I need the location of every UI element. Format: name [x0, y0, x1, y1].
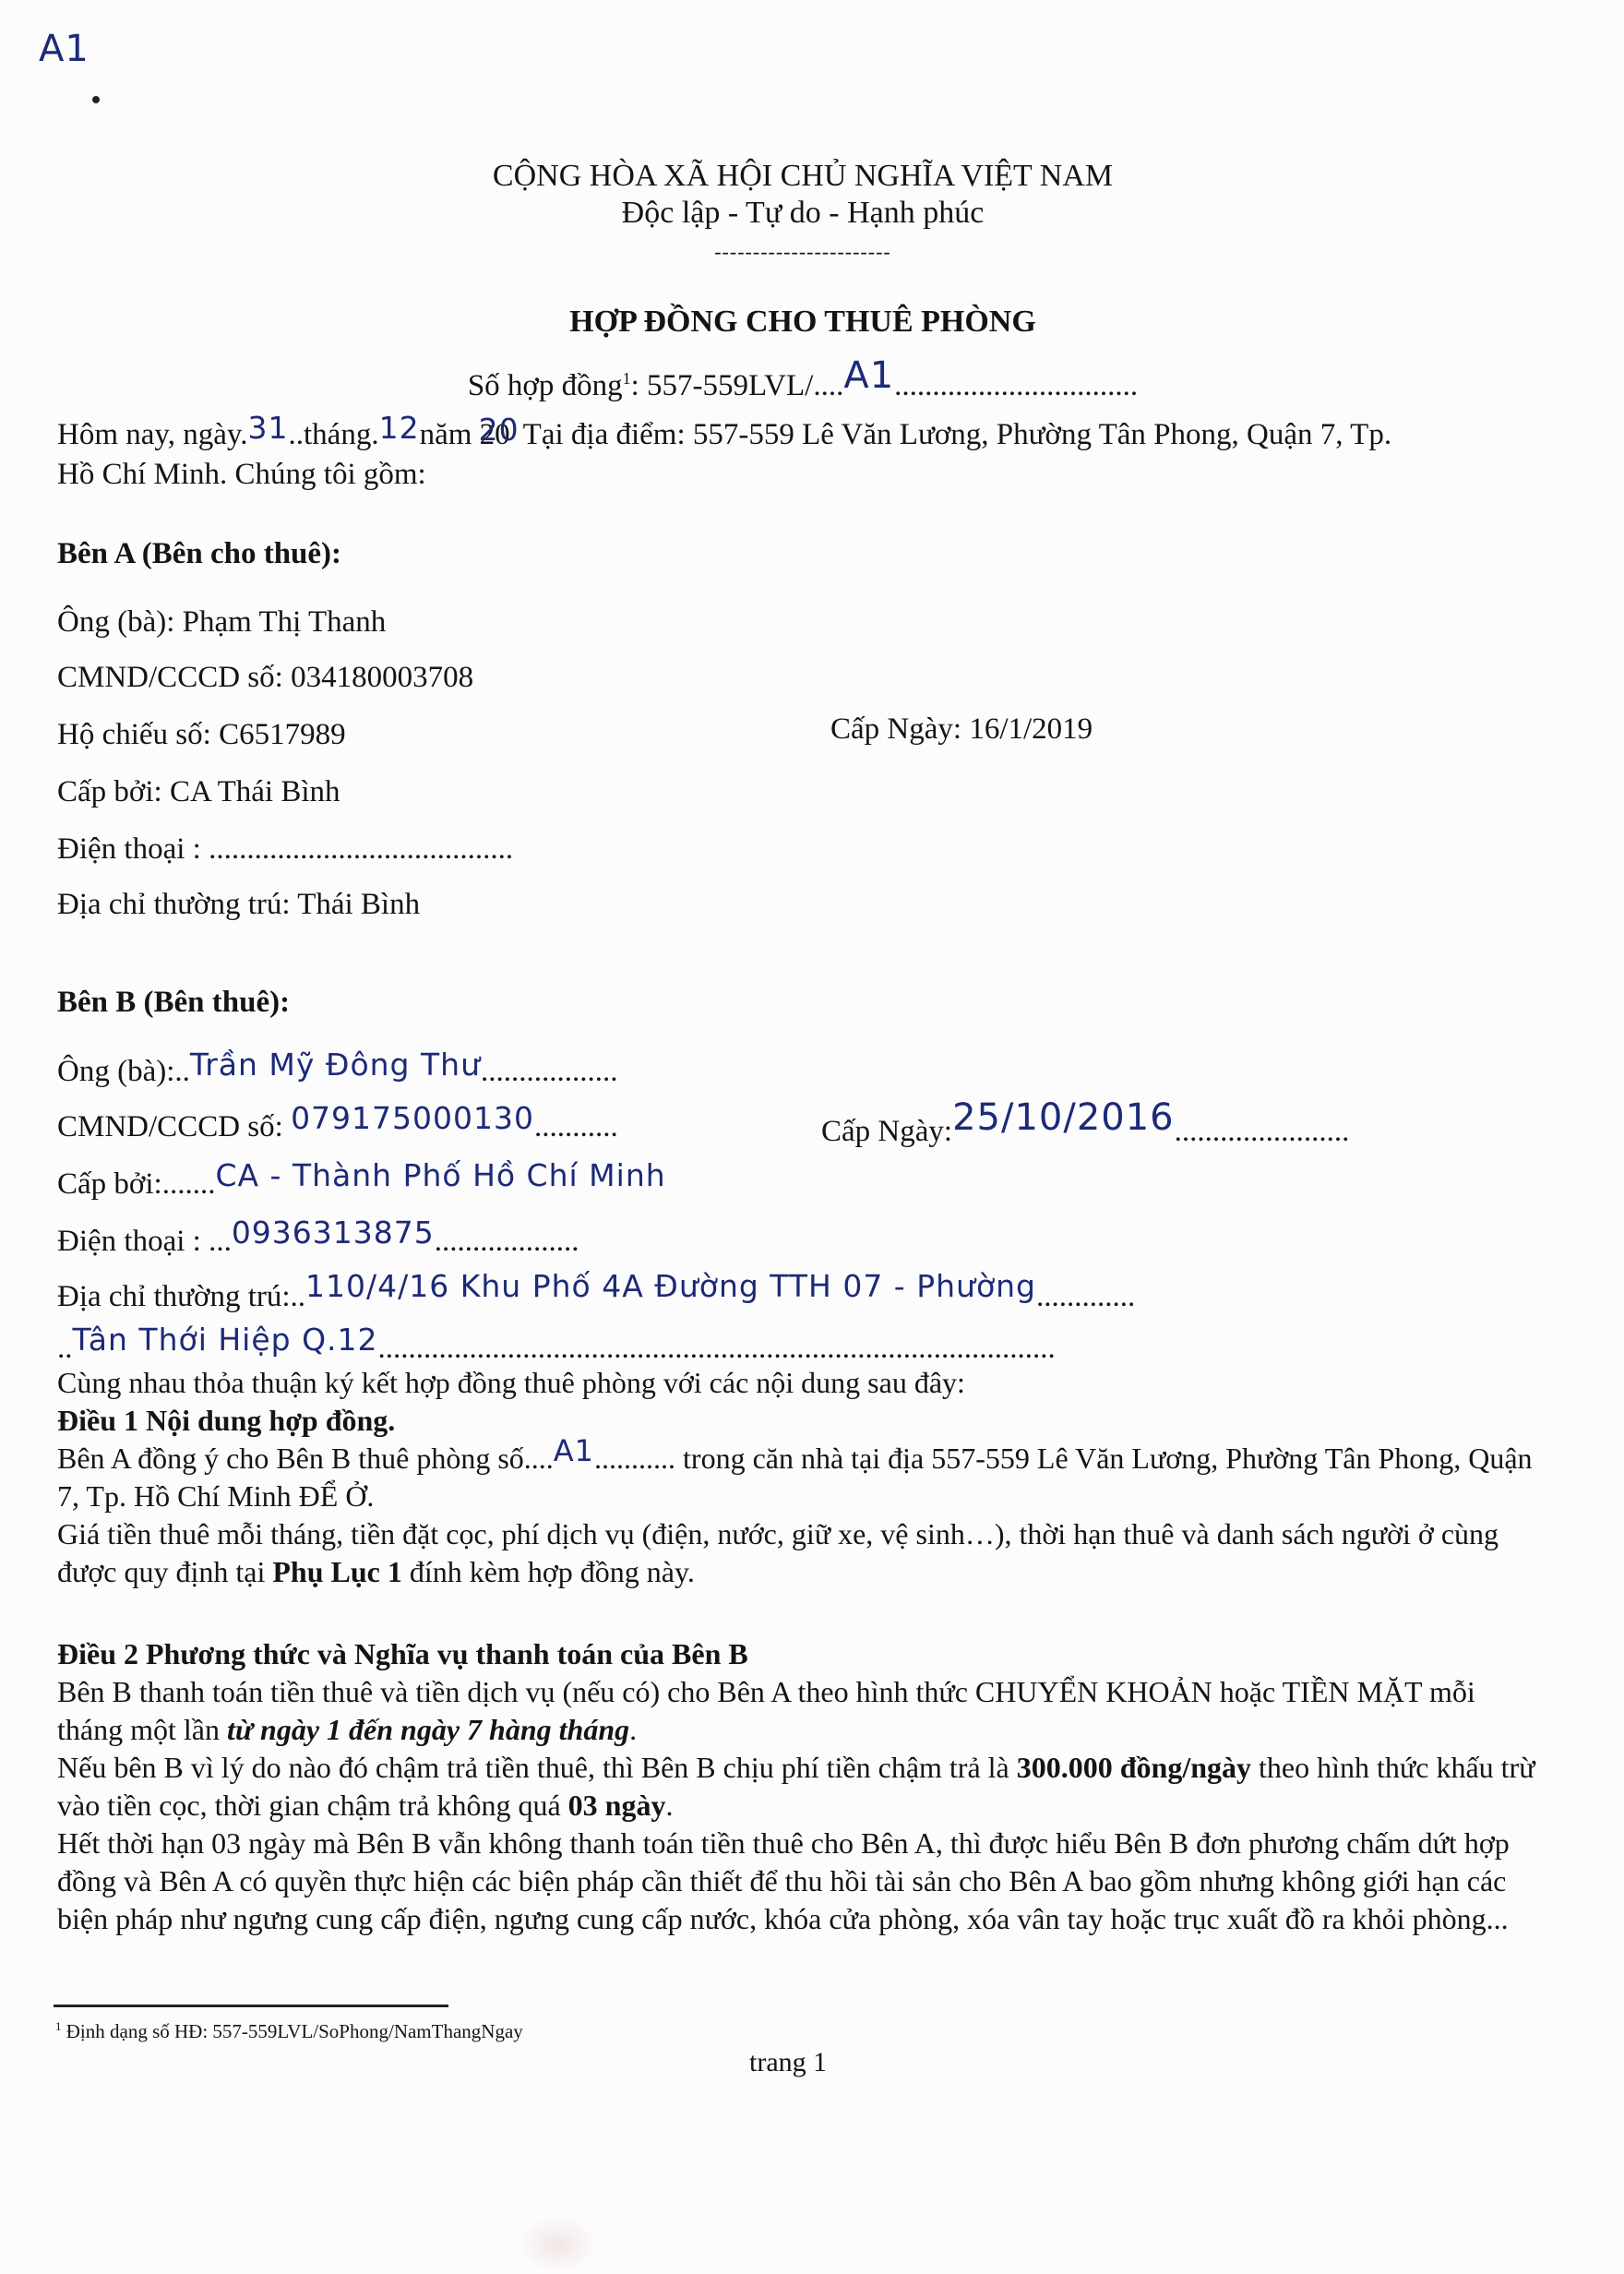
day-value[interactable]: 31 — [248, 410, 289, 446]
party-a-phone[interactable]: ........................................ — [209, 832, 513, 866]
party-a-address-row: Địa chỉ thường trú: Thái Bình — [57, 888, 420, 922]
party-a-id-row: CMND/CCCD số: 034180003708 — [57, 661, 473, 695]
party-b-id[interactable]: 079175000130 — [291, 1100, 534, 1136]
nation-header: CỘNG HÒA XÃ HỘI CHỦ NGHĨA VIỆT NAM — [0, 159, 1606, 194]
page-number: trang 1 — [749, 2047, 827, 2078]
article-1-heading: Điều 1 Nội dung hợp đồng. — [57, 1402, 1543, 1440]
party-b-name-row: Ông (bà):..Trần Mỹ Đông Thư.............… — [57, 1052, 618, 1089]
party-a-issued-by: CA Thái Bình — [170, 775, 340, 808]
party-a-issue-date: 16/1/2019 — [969, 712, 1093, 746]
header-separator: ----------------------- — [0, 240, 1606, 264]
article-1-paragraph-1: Bên A đồng ý cho Bên B thuê phòng số....… — [57, 1440, 1543, 1515]
article-2-paragraph-2: Nếu bên B vì lý do nào đó chậm trả tiền … — [57, 1749, 1543, 1825]
party-b-issued-by[interactable]: CA - Thành Phố Hồ Chí Minh — [215, 1157, 665, 1193]
year-suffix[interactable]: 20 — [479, 412, 519, 448]
month-value[interactable]: 12 — [379, 410, 420, 446]
motto: Độc lập - Tự do - Hạnh phúc — [0, 196, 1606, 231]
party-a-passport: C6517989 — [219, 718, 346, 751]
party-b-address-line-2[interactable]: Tân Thới Hiệp Q.12 — [73, 1322, 378, 1358]
party-b-phone-row: Điện thoại : ...0936313875..............… — [57, 1222, 579, 1259]
footnote: 1 Định dạng số HĐ: 557-559LVL/SoPhong/Na… — [55, 2019, 523, 2043]
article-2-paragraph-1: Bên B thanh toán tiền thuê và tiền dịch … — [57, 1673, 1543, 1749]
intro-line-1: Hôm nay, ngày.31..tháng.12năm 2020Tại đị… — [57, 415, 1391, 452]
contract-number-label: Số hợp đồng — [468, 369, 623, 402]
party-a-passport-row: Hộ chiếu số: C6517989 — [57, 718, 346, 752]
party-a-name-row: Ông (bà): Phạm Thị Thanh — [57, 605, 386, 640]
footnote-rule — [54, 2005, 448, 2007]
intro-line-2: Hồ Chí Minh. Chúng tôi gồm: — [57, 458, 426, 492]
corner-handwritten-mark: A1 — [39, 28, 90, 70]
party-b-issue-date[interactable]: 25/10/2016 — [952, 1096, 1175, 1139]
party-b-address-row-2: ..Tân Thới Hiệp Q.12....................… — [57, 1329, 1056, 1366]
room-number[interactable]: A1 — [554, 1433, 594, 1468]
party-b-issue-date-row: Cấp Ngày:25/10/2016.....................… — [821, 1107, 1349, 1150]
agreement-intro: Cùng nhau thỏa thuận ký kết hợp đồng thu… — [57, 1364, 1543, 1402]
party-a-heading: Bên A (Bên cho thuê): — [57, 537, 341, 571]
document-title: HỢP ĐỒNG CHO THUÊ PHÒNG — [0, 305, 1606, 340]
party-b-issued-by-row: Cấp bởi:.......CA - Thành Phố Hồ Chí Min… — [57, 1165, 666, 1202]
party-b-address-line-1[interactable]: 110/4/16 Khu Phố 4A Đường TTH 07 - Phườn… — [305, 1268, 1036, 1304]
party-b-heading: Bên B (Bên thuê): — [57, 986, 290, 1020]
party-b-name[interactable]: Trần Mỹ Đông Thư — [190, 1047, 481, 1083]
party-a-name: Phạm Thị Thanh — [183, 605, 387, 639]
article-2-paragraph-3: Hết thời hạn 03 ngày mà Bên B vẫn không … — [57, 1825, 1543, 1938]
party-a-issue-date-row: Cấp Ngày: 16/1/2019 — [830, 712, 1093, 747]
party-a-id: 034180003708 — [291, 661, 473, 694]
party-a-phone-row: Điện thoại : ...........................… — [57, 832, 513, 867]
contract-number-line: Số hợp đồng1: 557-559LVL/....A1.........… — [0, 362, 1606, 404]
ink-dot — [92, 96, 100, 103]
article-1-paragraph-2: Giá tiền thuê mỗi tháng, tiền đặt cọc, p… — [57, 1515, 1543, 1591]
party-b-id-row: CMND/CCCD số: 079175000130........... — [57, 1107, 618, 1144]
party-b-phone[interactable]: 0936313875 — [232, 1215, 435, 1251]
contract-number-value[interactable]: A1 — [843, 354, 894, 397]
paper-smudge — [517, 2215, 600, 2274]
party-a-address: Thái Bình — [297, 888, 420, 921]
party-a-issued-by-row: Cấp bởi: CA Thái Bình — [57, 775, 340, 809]
party-b-address-row: Địa chỉ thường trú:..110/4/16 Khu Phố 4A… — [57, 1277, 1135, 1314]
article-2-heading: Điều 2 Phương thức và Nghĩa vụ thanh toá… — [57, 1635, 1543, 1673]
footnote-ref: 1 — [623, 369, 631, 388]
